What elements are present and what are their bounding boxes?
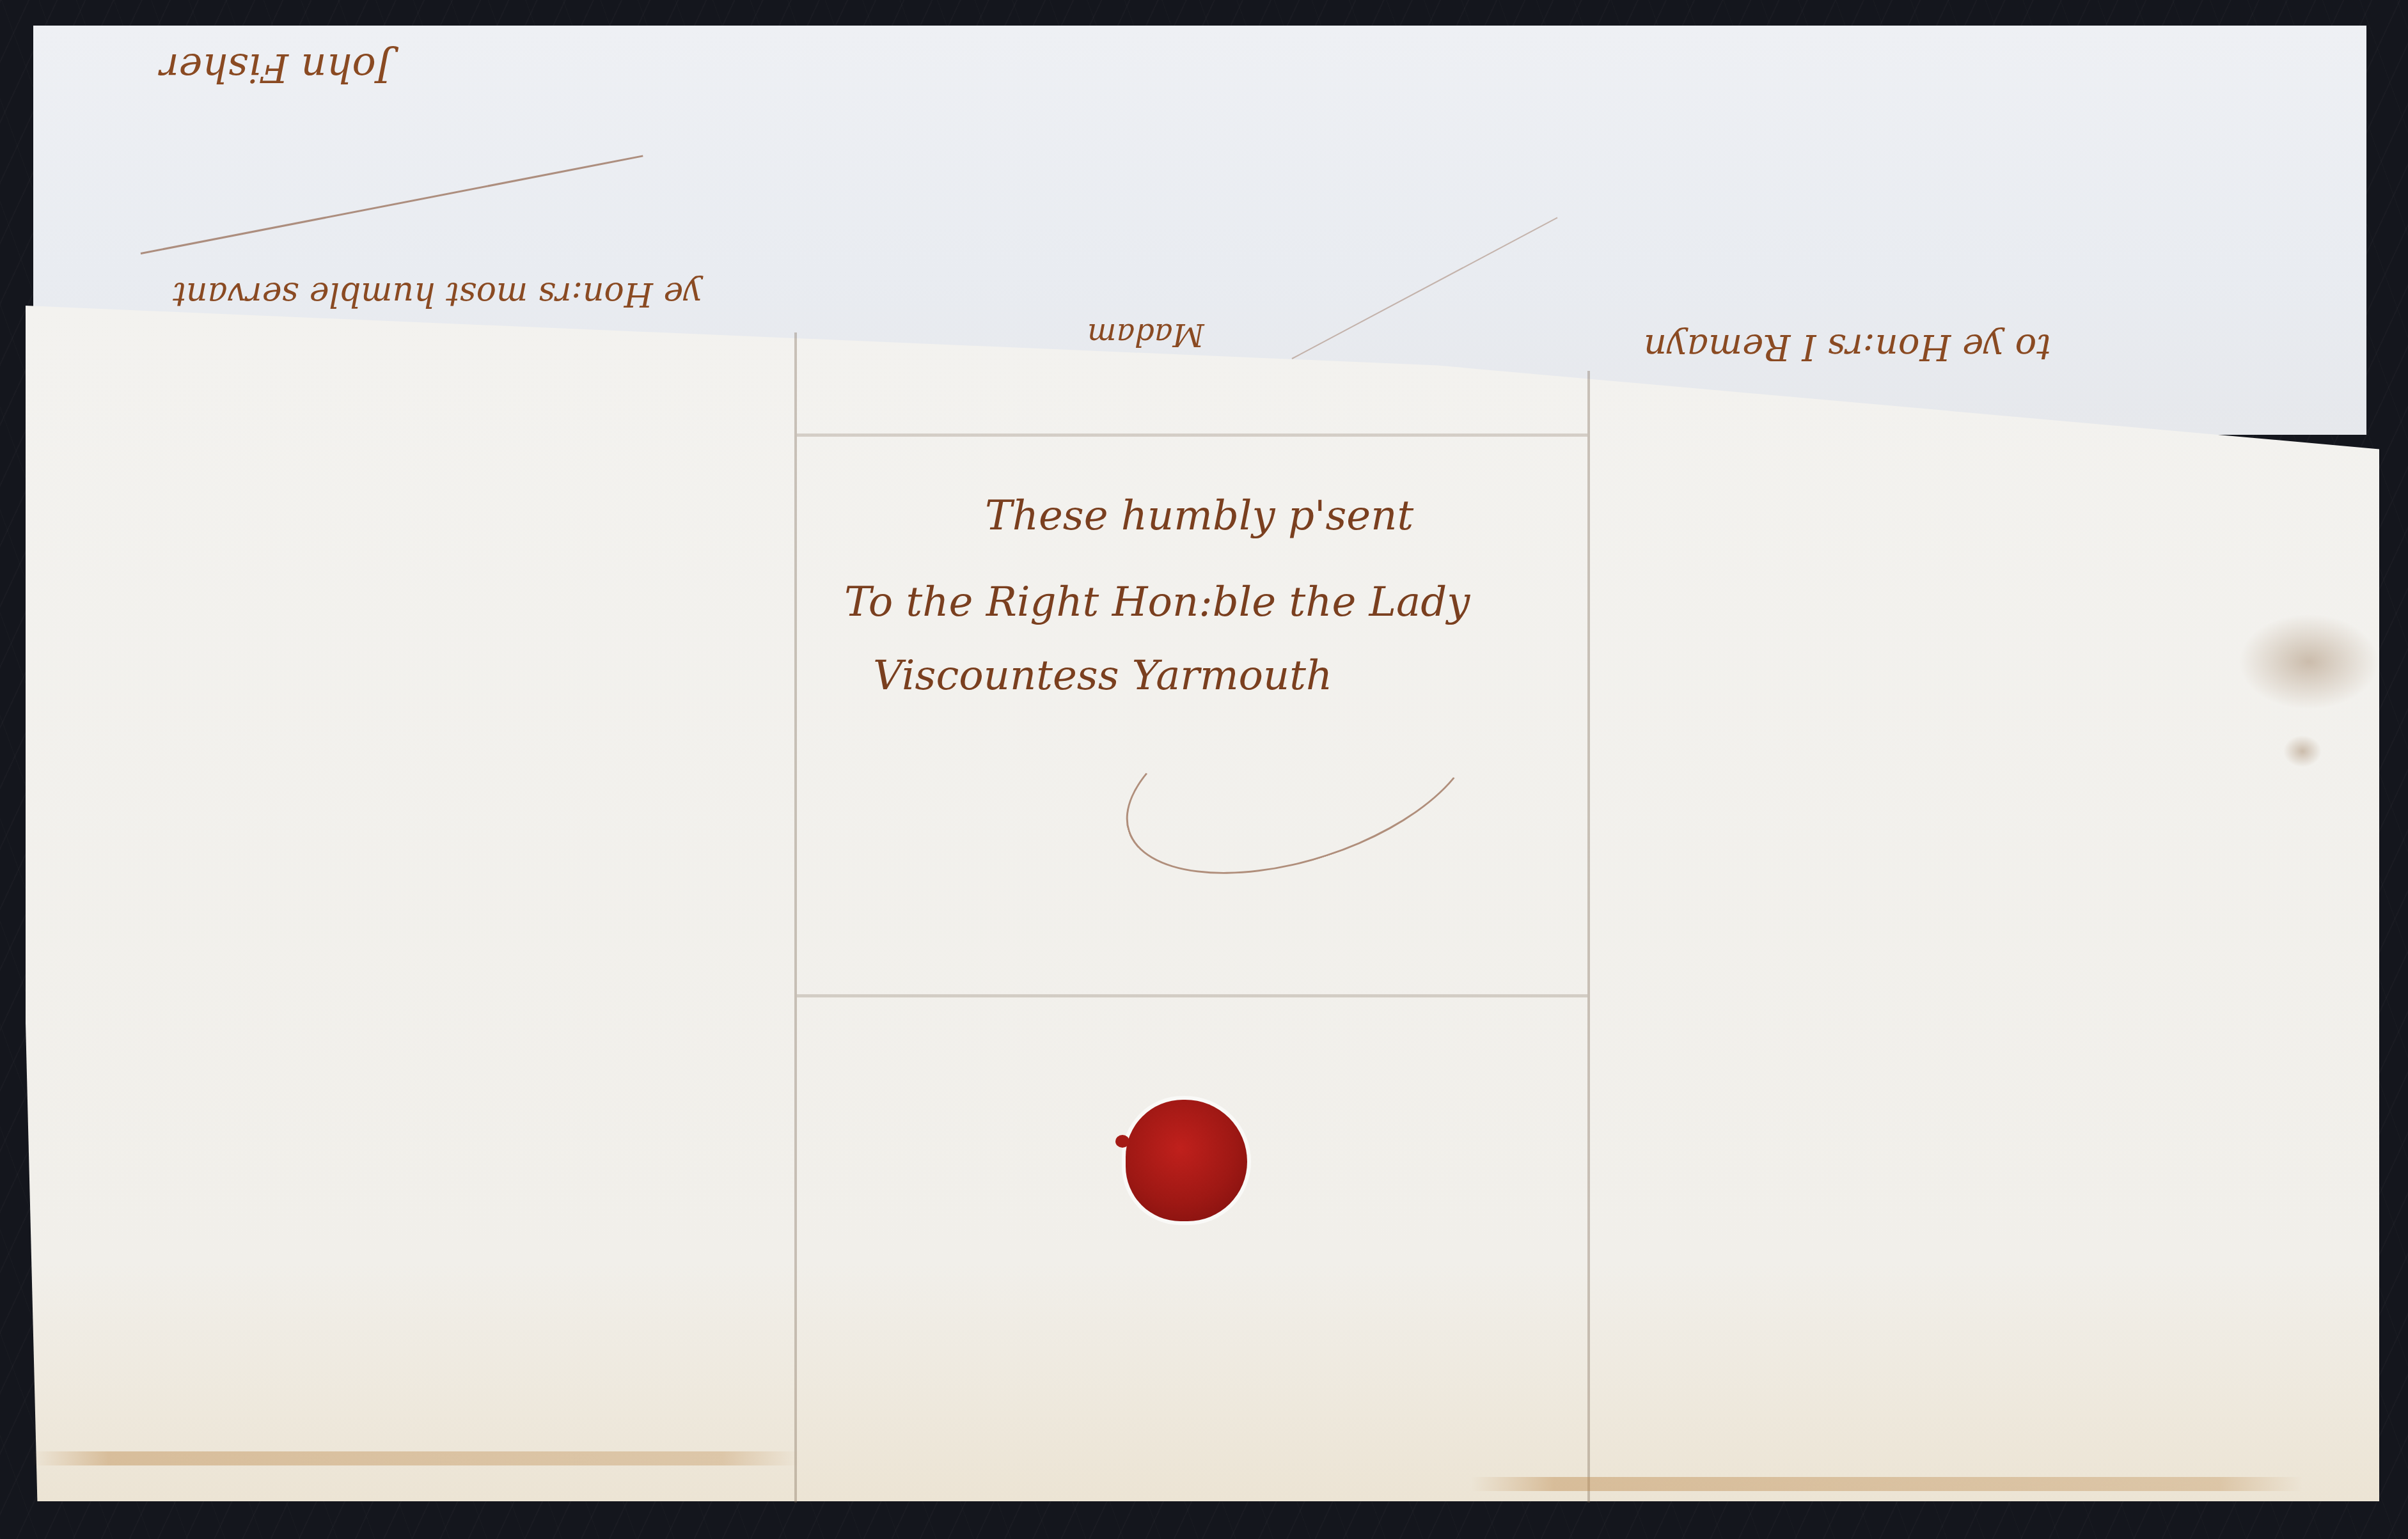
letter-outer-sheet <box>26 306 2379 1501</box>
closing-line-2: ye Hon:rs most humble servant <box>173 275 702 313</box>
stain-right-edge <box>2239 614 2379 710</box>
fold-line-top <box>797 434 1587 437</box>
bottom-edge-stain-left <box>32 1451 799 1465</box>
fold-line-left <box>794 332 797 1503</box>
bottom-edge-stain-right <box>1471 1477 2302 1491</box>
closing-line-1: to ye Hon:rs I Remayn <box>1644 326 2051 368</box>
stain-right-lower <box>2283 735 2322 767</box>
wax-seal <box>1126 1100 1247 1221</box>
wax-seal-drip <box>1115 1135 1129 1148</box>
address-line-2: To the Right Hon:ble the Lady <box>844 579 1470 626</box>
address-line-3: Viscountess Yarmouth <box>873 652 1332 699</box>
salutation: Madam <box>1087 316 1204 352</box>
signature: John Fisher <box>160 45 392 91</box>
fold-line-right <box>1587 371 1590 1503</box>
fold-line-middle <box>797 994 1587 997</box>
address-line-1: These humbly p'sent <box>985 492 1413 540</box>
